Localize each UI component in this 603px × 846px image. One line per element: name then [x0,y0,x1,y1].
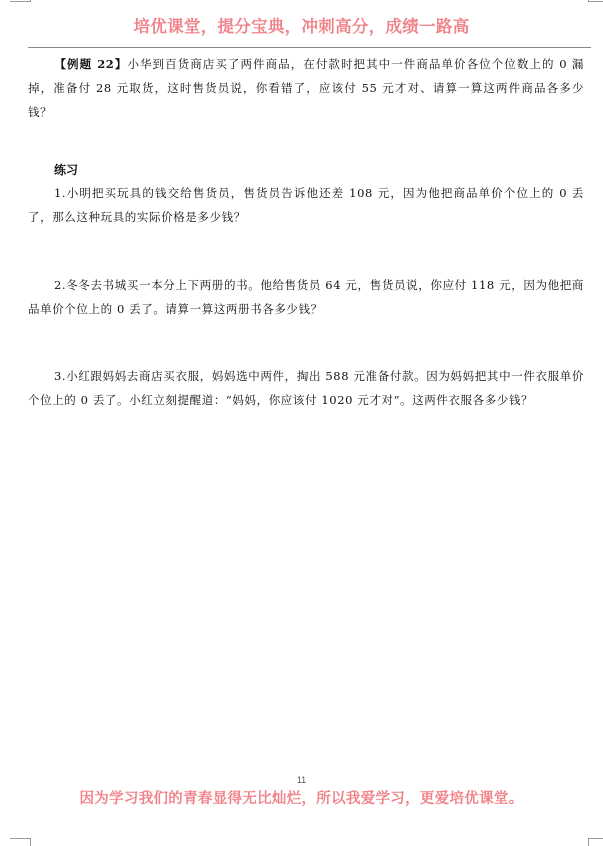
footer-slogan: 因为学习我们的青春显得无比灿烂，所以我爱学习，更爱培优课堂。 [0,787,603,808]
example-label: 【例题 22】 [54,57,127,71]
page-number: 11 [0,775,603,785]
crop-mark-top-right-h [588,1,603,2]
crop-mark-bottom-left-h [10,838,31,839]
crop-mark-top-right-v [588,0,589,2]
crop-mark-top-left-h [10,1,31,2]
practice-item-1: 1.小明把买玩具的钱交给售货员，售货员告诉他还差 108 元，因为他把商品单价个… [28,181,584,229]
example-problem: 【例题 22】小华到百货商店买了两件商品，在付款时把其中一件商品单价各位个位数上… [28,52,584,124]
crop-mark-bottom-left-v [30,838,31,846]
crop-mark-bottom-right-h [588,838,603,839]
practice-item-2: 2.冬冬去书城买一本分上下两册的书。他给售货员 64 元，售货员说，你应付 11… [28,273,584,321]
crop-mark-top-left-v [30,0,31,2]
practice-heading: 练习 [54,161,78,178]
practice-item-text: 2.冬冬去书城买一本分上下两册的书。他给售货员 64 元，售货员说，你应付 11… [28,278,584,316]
header-title: 培优课堂，提分宝典，冲刺高分，成绩一路高 [0,13,603,37]
practice-item-text: 3.小红跟妈妈去商店买衣服，妈妈选中两件，掏出 588 元准备付款。因为妈妈把其… [28,369,584,407]
practice-item-text: 1.小明把买玩具的钱交给售货员，售货员告诉他还差 108 元，因为他把商品单价个… [28,186,584,224]
practice-item-3: 3.小红跟妈妈去商店买衣服，妈妈选中两件，掏出 588 元准备付款。因为妈妈把其… [28,364,584,412]
header-divider [28,47,591,48]
crop-mark-bottom-right-v [588,838,589,846]
